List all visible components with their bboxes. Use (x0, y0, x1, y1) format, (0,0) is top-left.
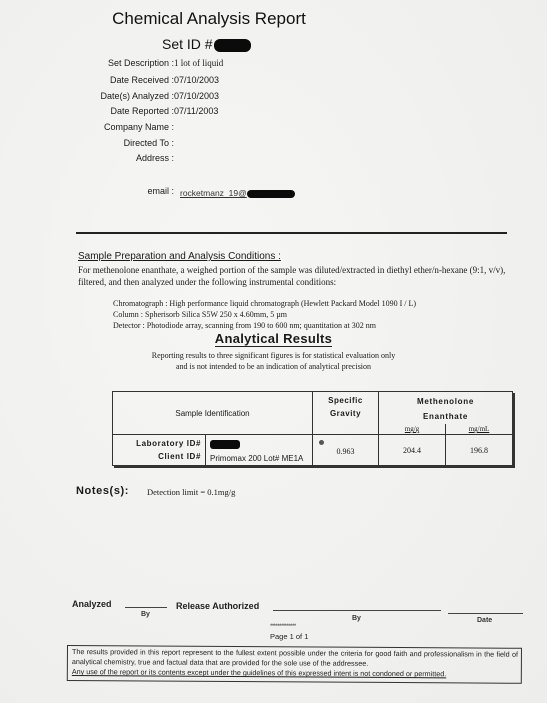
date-received-value: 07/10/2003 (174, 75, 219, 85)
analyzed-by-line (125, 607, 167, 608)
analyzed-label: Analyzed (72, 599, 112, 609)
client-id-label: Client ID# (113, 450, 201, 463)
date-analyzed-value: 07/10/2003 (174, 91, 219, 101)
report-page: Chemical Analysis Report Set ID # Set De… (0, 0, 547, 703)
unit-mg-per-g: mg/g (379, 424, 446, 434)
condition-chromatograph: Chromatograph : High performance liquid … (113, 298, 416, 309)
set-id: Set ID # (162, 36, 251, 52)
results-header-row: Sample Identification Specific Gravity M… (113, 392, 513, 435)
directed-to-label: Directed To : (124, 138, 174, 148)
analytical-results-note: Reporting results to three significant f… (0, 350, 547, 372)
conc-mg-g-value: 204.4 (379, 435, 446, 466)
analyzed-by-label: By (141, 611, 150, 618)
condition-detector: Detector : Photodiode array, scanning fr… (113, 320, 416, 331)
results-table: Sample Identification Specific Gravity M… (112, 391, 513, 466)
release-by-line (273, 610, 441, 611)
disclaimer-text-last: Any use of the report or its contents ex… (72, 667, 518, 680)
analytical-results-title: Analytical Results (0, 331, 547, 346)
unit-mg-per-ml: mg/mL (446, 424, 512, 434)
header-specific-gravity: Specific Gravity (313, 392, 379, 435)
conc-mg-ml-value: 196.8 (446, 435, 513, 466)
table-row: Laboratory ID# Client ID# Primomax 200 L… (113, 435, 513, 466)
disclaimer-text: The results provided in this report repr… (72, 647, 518, 668)
set-description-value: 1 lot of liquid (174, 58, 223, 68)
header-methenolone-enanthate: Methenolone Enanthate mg/g mg/mL (379, 392, 513, 435)
date-reported-label: Date Reported : (110, 106, 174, 116)
email-value: rocketmanz_19@ (180, 188, 247, 198)
ink-mark (319, 440, 324, 445)
set-id-label: Set ID # (162, 36, 213, 52)
header-sample-identification: Sample Identification (113, 392, 313, 435)
id-values: Primomax 200 Lot# ME1A (206, 435, 313, 466)
lab-id-redaction (210, 440, 240, 449)
release-authorized-label: Release Authorized (176, 601, 259, 611)
separator-stars: ************** (270, 624, 296, 630)
page-number: Page 1 of 1 (270, 632, 308, 641)
condition-column: Column : Spherisorb Silica S5W 250 x 4.6… (113, 309, 416, 320)
client-id-value: Primomax 200 Lot# ME1A (210, 452, 312, 465)
set-id-redaction (214, 39, 251, 52)
date-analyzed-label: Date(s) Analyzed : (100, 91, 174, 101)
specific-gravity-value: 0.963 (313, 435, 379, 466)
date-label: Date (477, 617, 492, 624)
section-divider (76, 232, 507, 234)
set-description-label: Set Description : (108, 58, 174, 68)
date-received-label: Date Received : (110, 75, 174, 85)
date-reported-value: 07/11/2003 (174, 106, 218, 116)
email-redaction (247, 190, 295, 198)
email-label: email : (147, 186, 174, 196)
address-label: Address : (136, 153, 174, 163)
date-line (448, 613, 523, 614)
sample-prep-paragraph: For methenolone enanthate, a weighed por… (78, 264, 518, 288)
instrument-conditions: Chromatograph : High performance liquid … (113, 298, 416, 331)
company-name-label: Company Name : (104, 122, 174, 132)
report-title: Chemical Analysis Report (0, 9, 418, 29)
email-link[interactable]: rocketmanz_19@ (180, 188, 295, 198)
disclaimer-box: The results provided in this report repr… (67, 645, 522, 684)
id-labels: Laboratory ID# Client ID# (113, 435, 206, 466)
release-by-label: By (352, 615, 361, 622)
lab-id-label: Laboratory ID# (113, 437, 201, 450)
sample-prep-heading: Sample Preparation and Analysis Conditio… (78, 251, 281, 262)
notes-value: Detection limit = 0.1mg/g (147, 487, 235, 497)
notes-label: Notes(s): (76, 485, 129, 497)
